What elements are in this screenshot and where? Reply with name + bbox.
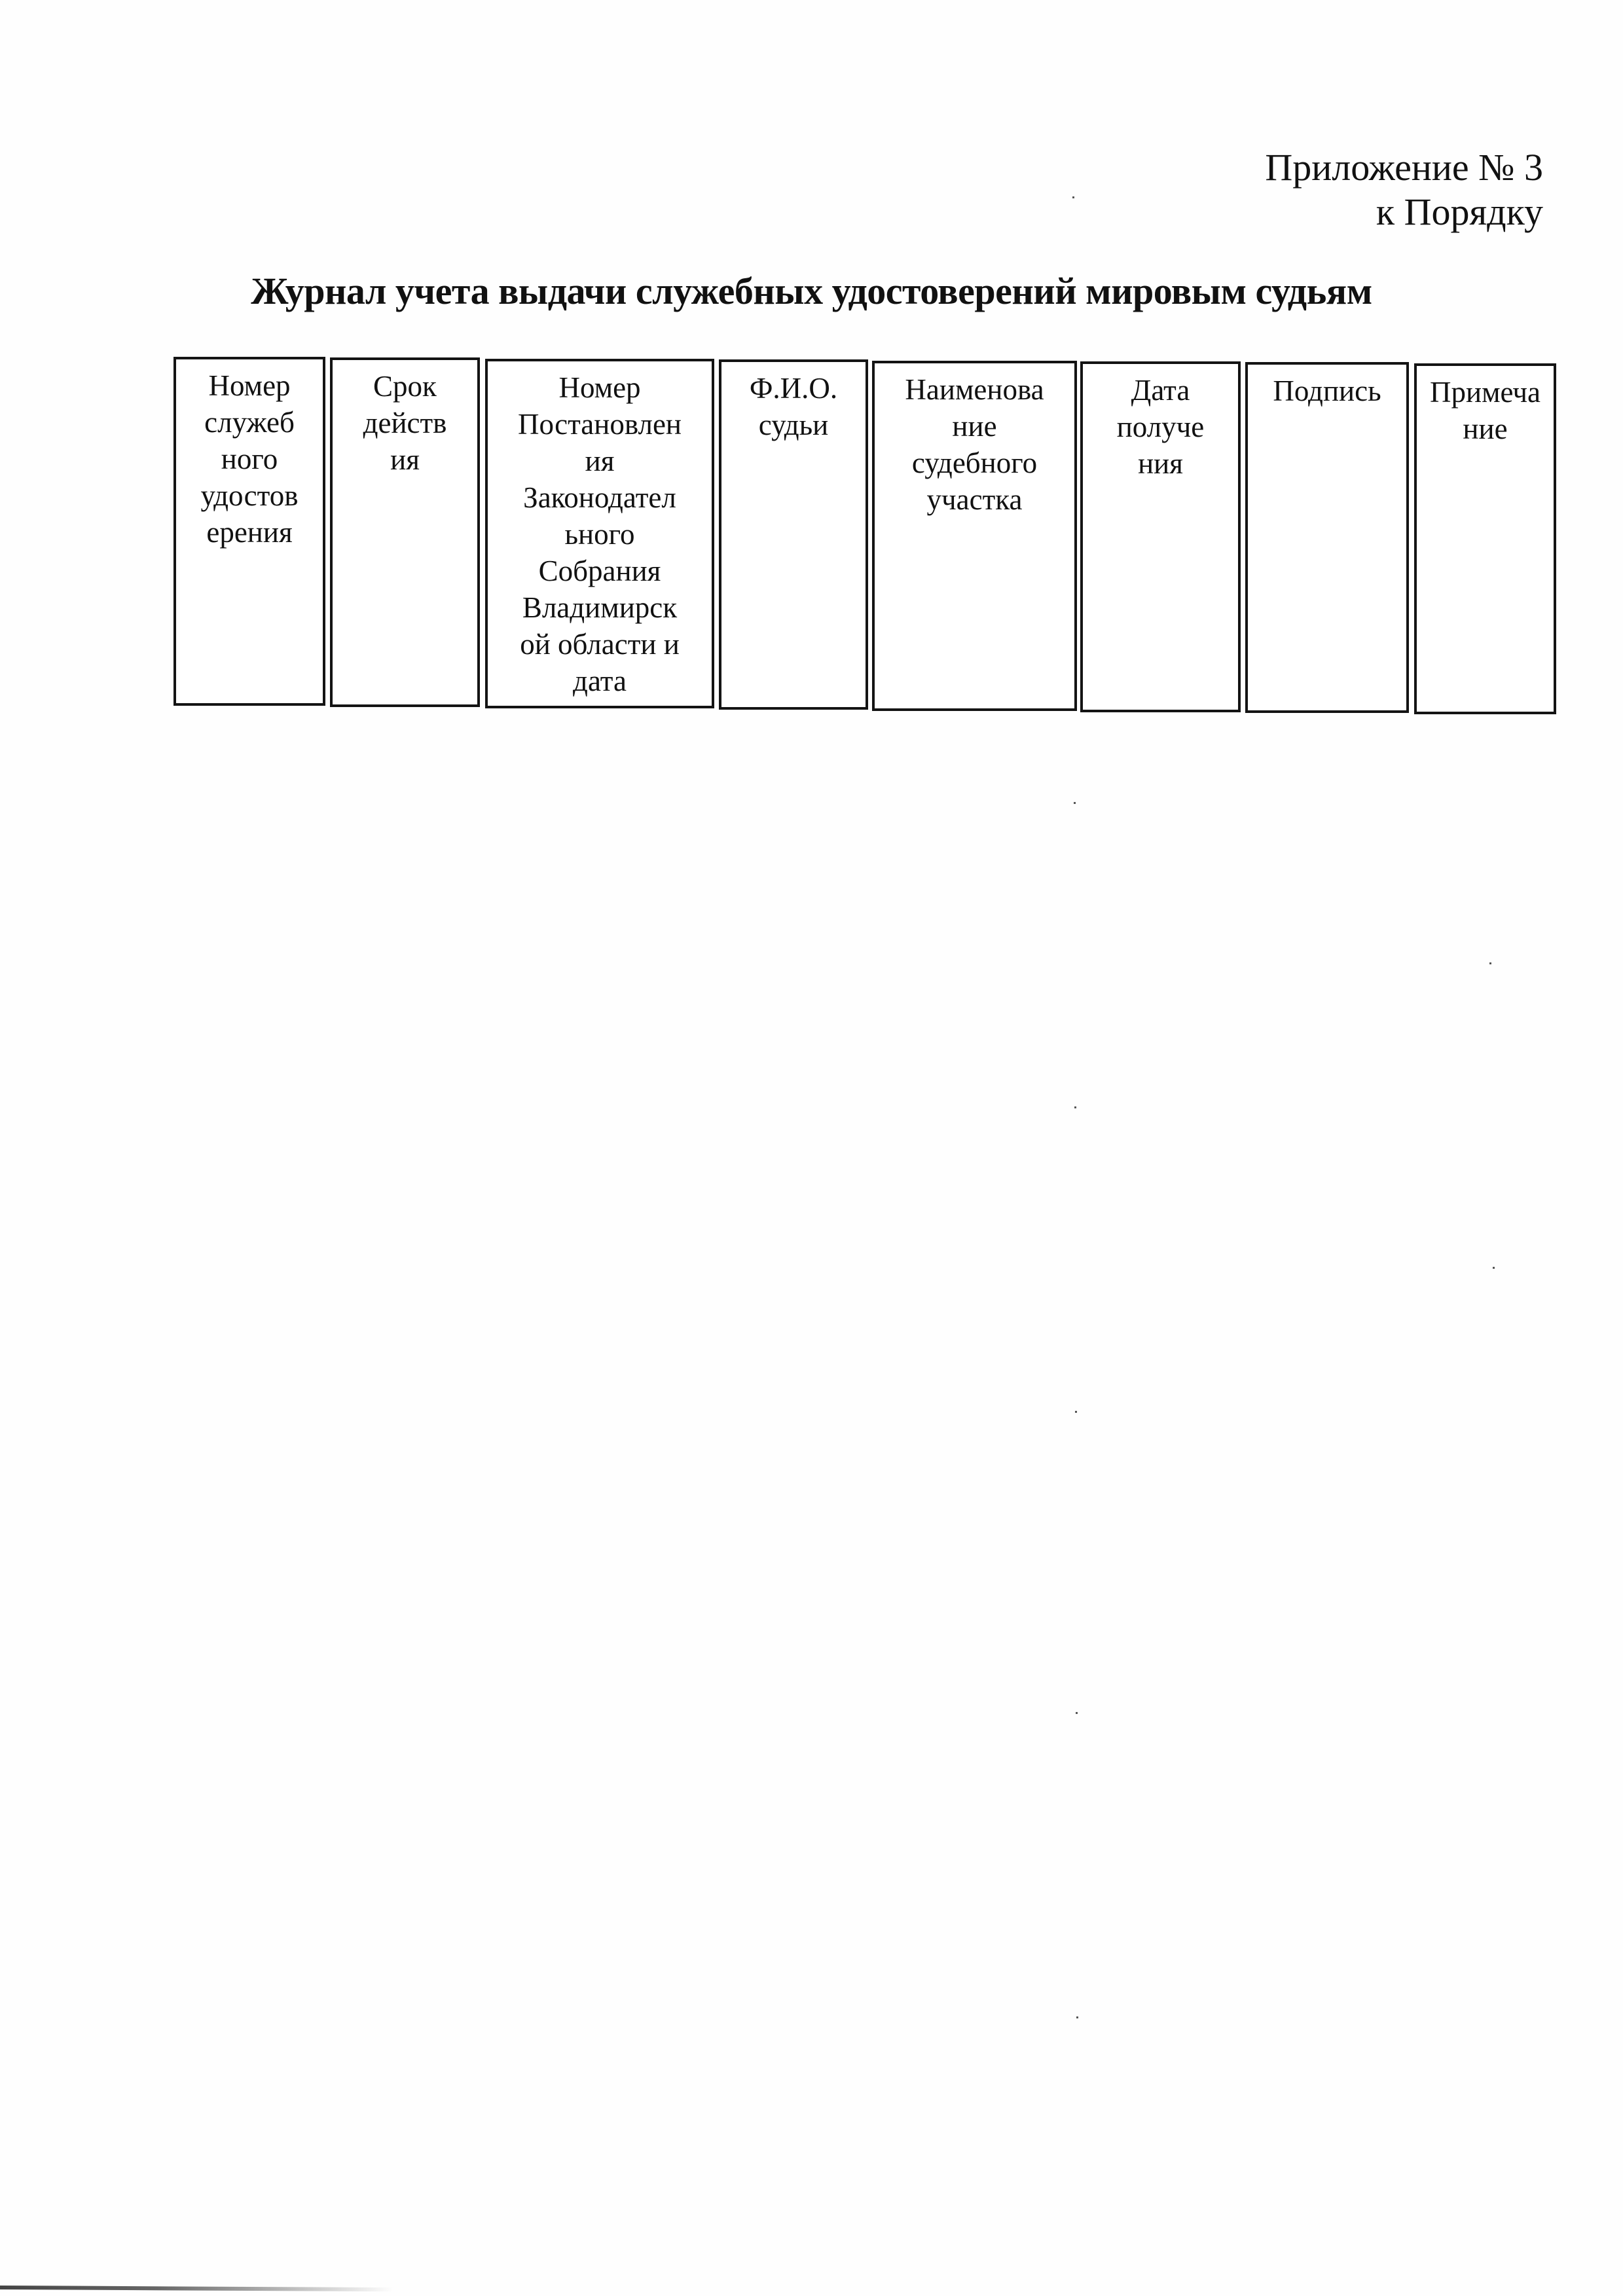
column-header-text-line: удостов — [176, 477, 323, 514]
column-header-text-line: Ф.И.О. — [721, 370, 866, 407]
scan-speck — [1074, 802, 1076, 804]
column-header-validity-period: Срокдействия — [330, 357, 480, 707]
scan-edge-shadow — [0, 2286, 393, 2291]
column-header-text-line: ия — [333, 441, 477, 478]
appendix-procedure: к Порядку — [1265, 190, 1543, 234]
column-header-text-line: Номер — [176, 367, 323, 404]
column-header-text-line: ерения — [176, 514, 323, 551]
column-header-text-line: служеб — [176, 404, 323, 441]
column-header-text-line: Номер — [488, 369, 712, 406]
column-header-text-line: Срок — [333, 368, 477, 405]
column-header-text-line: Владимирск — [488, 589, 712, 626]
scan-speck — [1493, 1267, 1495, 1269]
column-header-text-line: участка — [875, 481, 1074, 518]
scan-speck — [1076, 2016, 1078, 2018]
column-header-text-line: ние — [1417, 410, 1554, 447]
scan-speck — [1489, 962, 1491, 964]
column-header-court-district: Наименованиесудебногоучастка — [872, 361, 1077, 711]
column-header-resolution-number-date: НомерПостановленияЗаконодательногоСобран… — [485, 359, 714, 708]
appendix-reference: Приложение № 3 к Порядку — [1265, 145, 1543, 234]
column-header-text-line: ьного — [488, 516, 712, 553]
column-header-text-line: судьи — [721, 407, 866, 443]
column-header-text-line: ния — [1083, 445, 1238, 482]
column-header-text-line: Примеча — [1417, 374, 1554, 410]
column-header-receipt-date: Датаполучения — [1080, 361, 1241, 712]
column-header-text-line: Законодател — [488, 479, 712, 516]
scan-speck — [1074, 1106, 1076, 1108]
scan-speck — [1076, 1712, 1078, 1714]
column-header-certificate-number: Номерслужебногоудостоверения — [173, 357, 325, 706]
column-header-note: Примечание — [1414, 363, 1556, 714]
column-header-text-line: Подпись — [1248, 373, 1406, 409]
appendix-number: Приложение № 3 — [1265, 145, 1543, 190]
column-header-text-line: Дата — [1083, 372, 1238, 409]
column-header-text-line: ой области и — [488, 626, 712, 663]
column-header-text-line: Собрания — [488, 553, 712, 589]
column-header-text-line: Наименова — [875, 371, 1074, 408]
document-page: Приложение № 3 к Порядку Журнал учета вы… — [0, 0, 1623, 2296]
column-header-judge-name: Ф.И.О.судьи — [719, 359, 868, 710]
column-header-text-line: получе — [1083, 409, 1238, 445]
column-header-text-line: ние — [875, 408, 1074, 445]
column-header-text-line: судебного — [875, 445, 1074, 481]
document-title: Журнал учета выдачи служебных удостовере… — [0, 268, 1623, 314]
column-header-text-line: дата — [488, 663, 712, 699]
column-header-signature: Подпись — [1245, 362, 1409, 713]
scan-speck — [1075, 1411, 1077, 1413]
column-header-text-line: Постановлен — [488, 406, 712, 443]
column-header-text-line: ного — [176, 441, 323, 477]
column-header-text-line: действ — [333, 405, 477, 441]
column-header-text-line: ия — [488, 443, 712, 479]
scan-speck — [1072, 196, 1074, 198]
